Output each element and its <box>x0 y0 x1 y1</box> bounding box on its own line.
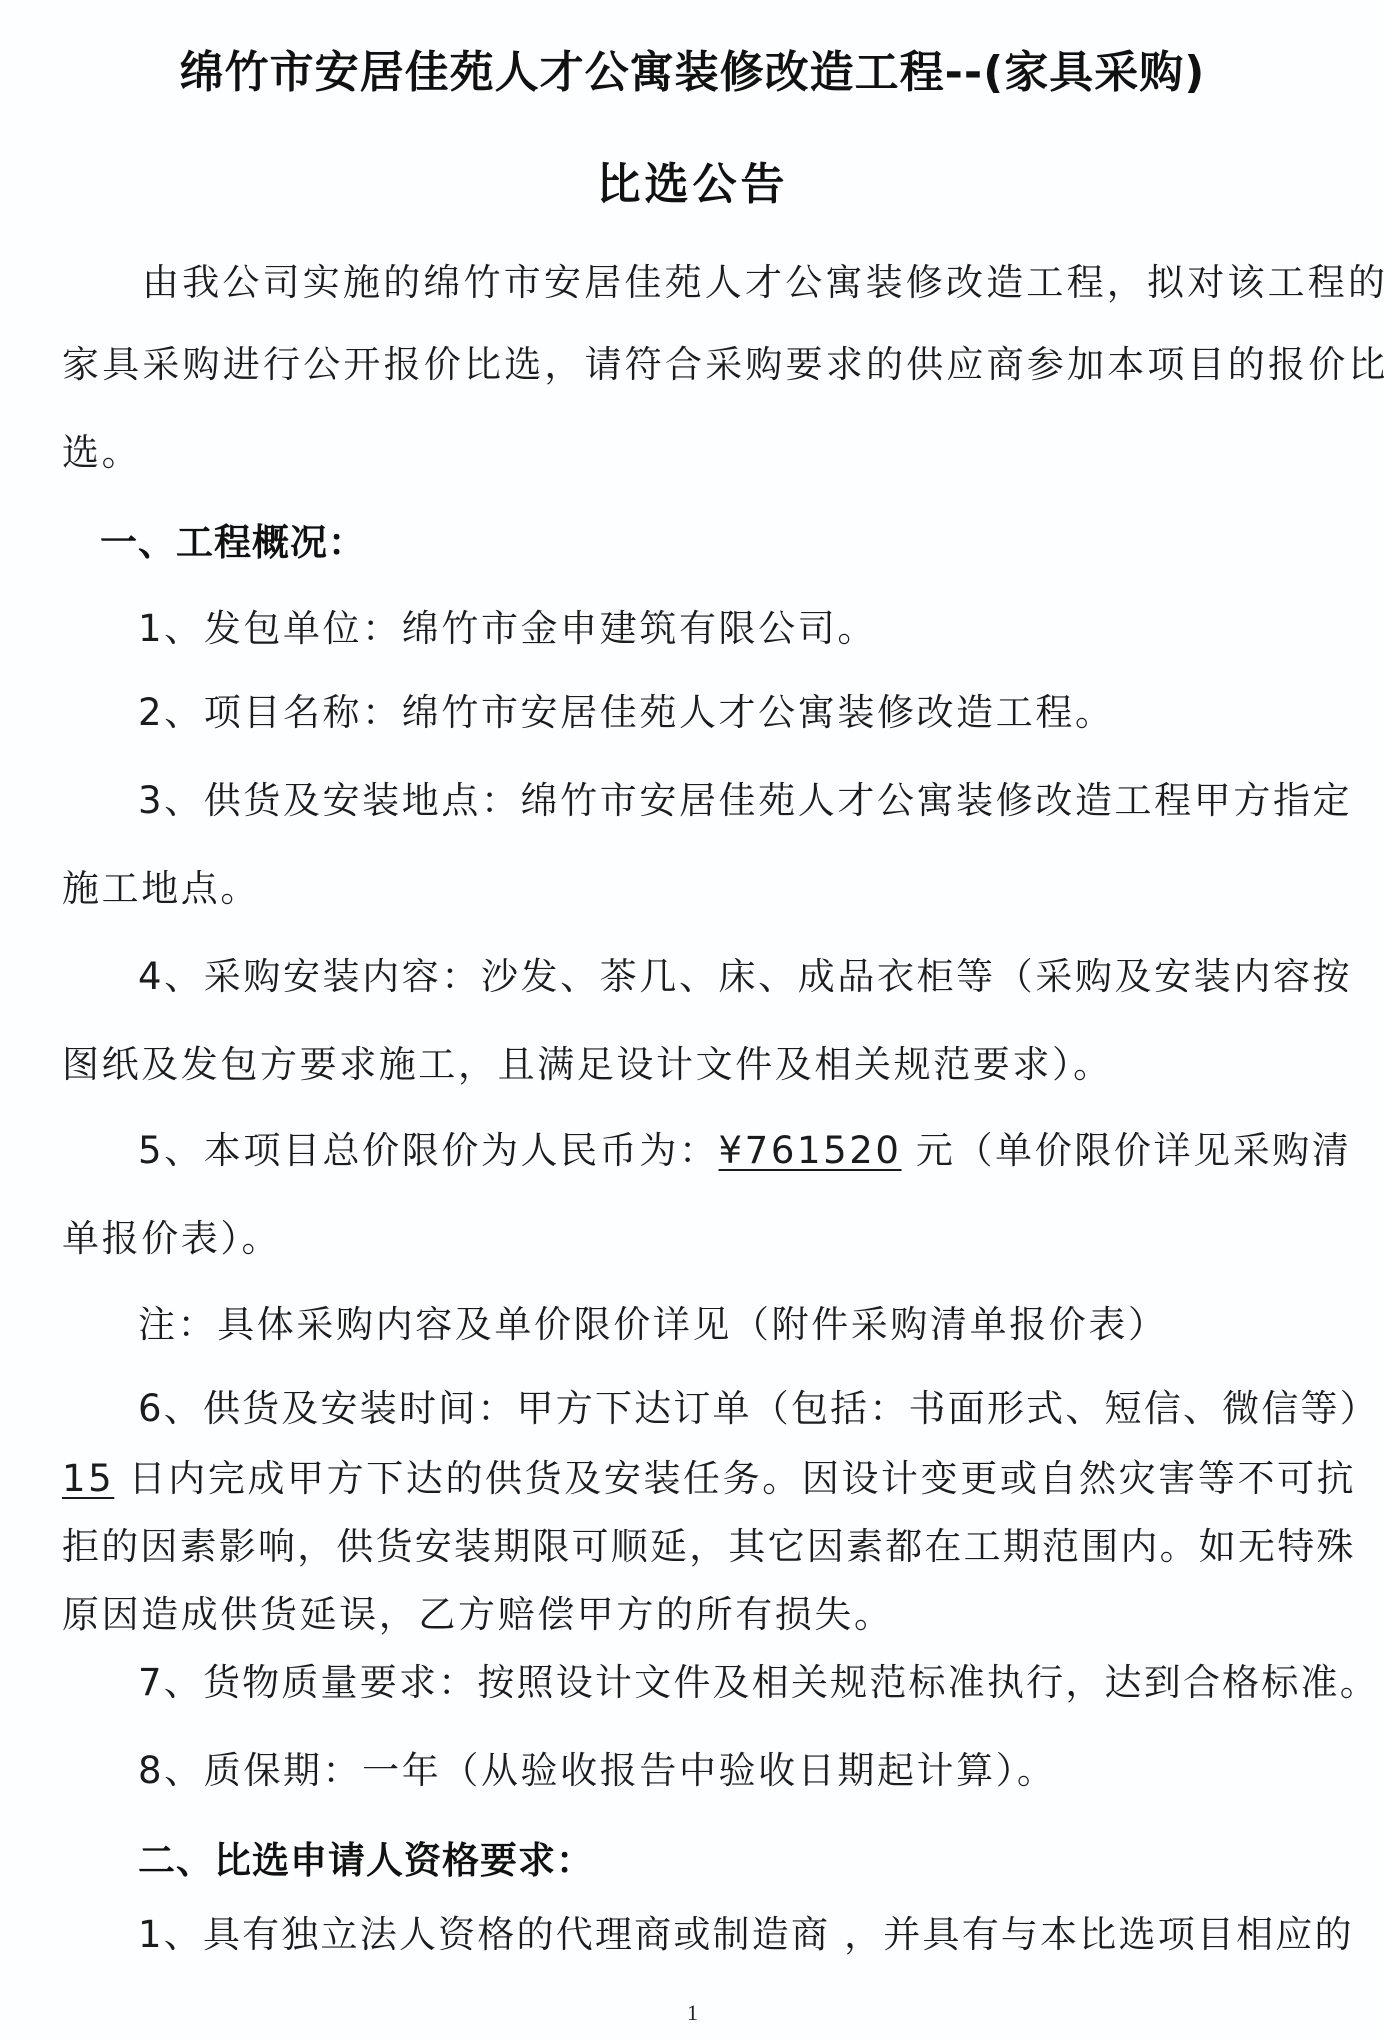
overview-item-3-line-2: 施工地点。 <box>62 858 260 912</box>
section-heading-qualification: 二、比选申请人资格要求： <box>138 1830 594 1884</box>
overview-note: 注：具体采购内容及单价限价详见（附件采购清单报价表） <box>138 1294 1168 1348</box>
intro-line-2: 家具采购进行公开报价比选，请符合采购要求的供应商参加本项目的报价比 <box>62 334 1385 388</box>
overview-item-2: 2、项目名称：绵竹市安居佳苑人才公寓装修改造工程。 <box>138 682 1115 736</box>
document-title: 绵竹市安居佳苑人才公寓装修改造工程--(家具采购) <box>0 36 1385 100</box>
overview-item-6-line-2: 15 日内完成甲方下达的供货及安装任务。因设计变更或自然灾害等不可抗 <box>62 1448 1356 1502</box>
document-subtitle: 比选公告 <box>0 148 1385 212</box>
intro-line-1: 由我公司实施的绵竹市安居佳苑人才公寓装修改造工程，拟对该工程的 <box>142 252 1385 306</box>
delivery-days: 15 <box>62 1457 114 1500</box>
overview-item-4-line-1: 4、采购安装内容：沙发、茶几、床、成品衣柜等（采购及安装内容按 <box>138 946 1352 1000</box>
overview-item-5-line-1: 5、本项目总价限价为人民币为：¥761520 元（单价限价详见采购清 <box>138 1120 1352 1174</box>
intro-line-3: 选。 <box>62 422 141 476</box>
price-limit-amount: ¥761520 <box>719 1129 902 1172</box>
item-5-suffix: 元（单价限价详见采购清 <box>902 1129 1352 1172</box>
item-5-prefix: 5、本项目总价限价为人民币为： <box>138 1129 719 1172</box>
overview-item-6-line-3: 拒的因素影响，供货安装期限可顺延，其它因素都在工期范围内。如无特殊 <box>62 1516 1356 1570</box>
qualification-item-1-line-1: 1、具有独立法人资格的代理商或制造商 ，并具有与本比选项目相应的 <box>138 1904 1354 1958</box>
overview-item-3-line-1: 3、供货及安装地点：绵竹市安居佳苑人才公寓装修改造工程甲方指定 <box>138 770 1352 824</box>
overview-item-4-line-2: 图纸及发包方要求施工，且满足设计文件及相关规范要求）。 <box>62 1034 1113 1088</box>
overview-item-8: 8、质保期：一年（从验收报告中验收日期起计算）。 <box>138 1740 1056 1794</box>
section-heading-overview: 一、工程概况： <box>100 512 366 566</box>
overview-item-7: 7、货物质量要求：按照设计文件及相关规范标准执行，达到合格标准。 <box>138 1652 1379 1706</box>
overview-item-6-line-1: 6、供货及安装时间：甲方下达订单（包括：书面形式、短信、微信等） <box>138 1378 1379 1432</box>
page-number: 1 <box>0 2000 1385 2026</box>
overview-item-5-line-2: 单报价表）。 <box>62 1208 281 1262</box>
overview-item-6-line-4: 原因造成供货延误，乙方赔偿甲方的所有损失。 <box>62 1584 894 1638</box>
item-6-line-2-rest: 日内完成甲方下达的供货及安装任务。因设计变更或自然灾害等不可抗 <box>114 1457 1356 1500</box>
overview-item-1: 1、发包单位：绵竹市金申建筑有限公司。 <box>138 598 877 652</box>
